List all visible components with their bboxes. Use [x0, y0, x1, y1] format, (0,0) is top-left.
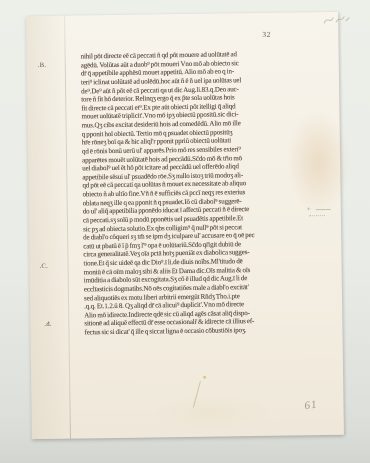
- page-crease-line: [64, 16, 71, 439]
- bottom-stain: [151, 395, 271, 431]
- scanned-book-photo: 32 .B. .C. .đ. + nihil pōt directe eē cā…: [0, 0, 370, 463]
- margin-cross-tail: [316, 209, 331, 210]
- margin-letter-c: .C.: [40, 263, 49, 270]
- folio-number: 32: [262, 30, 271, 39]
- margin-letter-b: .B.: [38, 62, 47, 69]
- yellow-speck: [203, 376, 206, 379]
- margin-cross-icon: +: [307, 205, 311, 213]
- corner-scribble: [322, 13, 350, 27]
- pencil-folio-number: 61: [304, 398, 319, 412]
- text-line: fectus sic si dicat' q̄ ille q siccat li…: [84, 325, 308, 337]
- margin-letter-d: .đ.: [44, 321, 52, 328]
- book-page: 32 .B. .C. .đ. + nihil pōt directe eē cā…: [26, 12, 344, 439]
- page-text-block: nihil pōt directe eē cā peccati ñ qd pōt…: [81, 49, 309, 337]
- margin-dotted-mark: [309, 215, 325, 216]
